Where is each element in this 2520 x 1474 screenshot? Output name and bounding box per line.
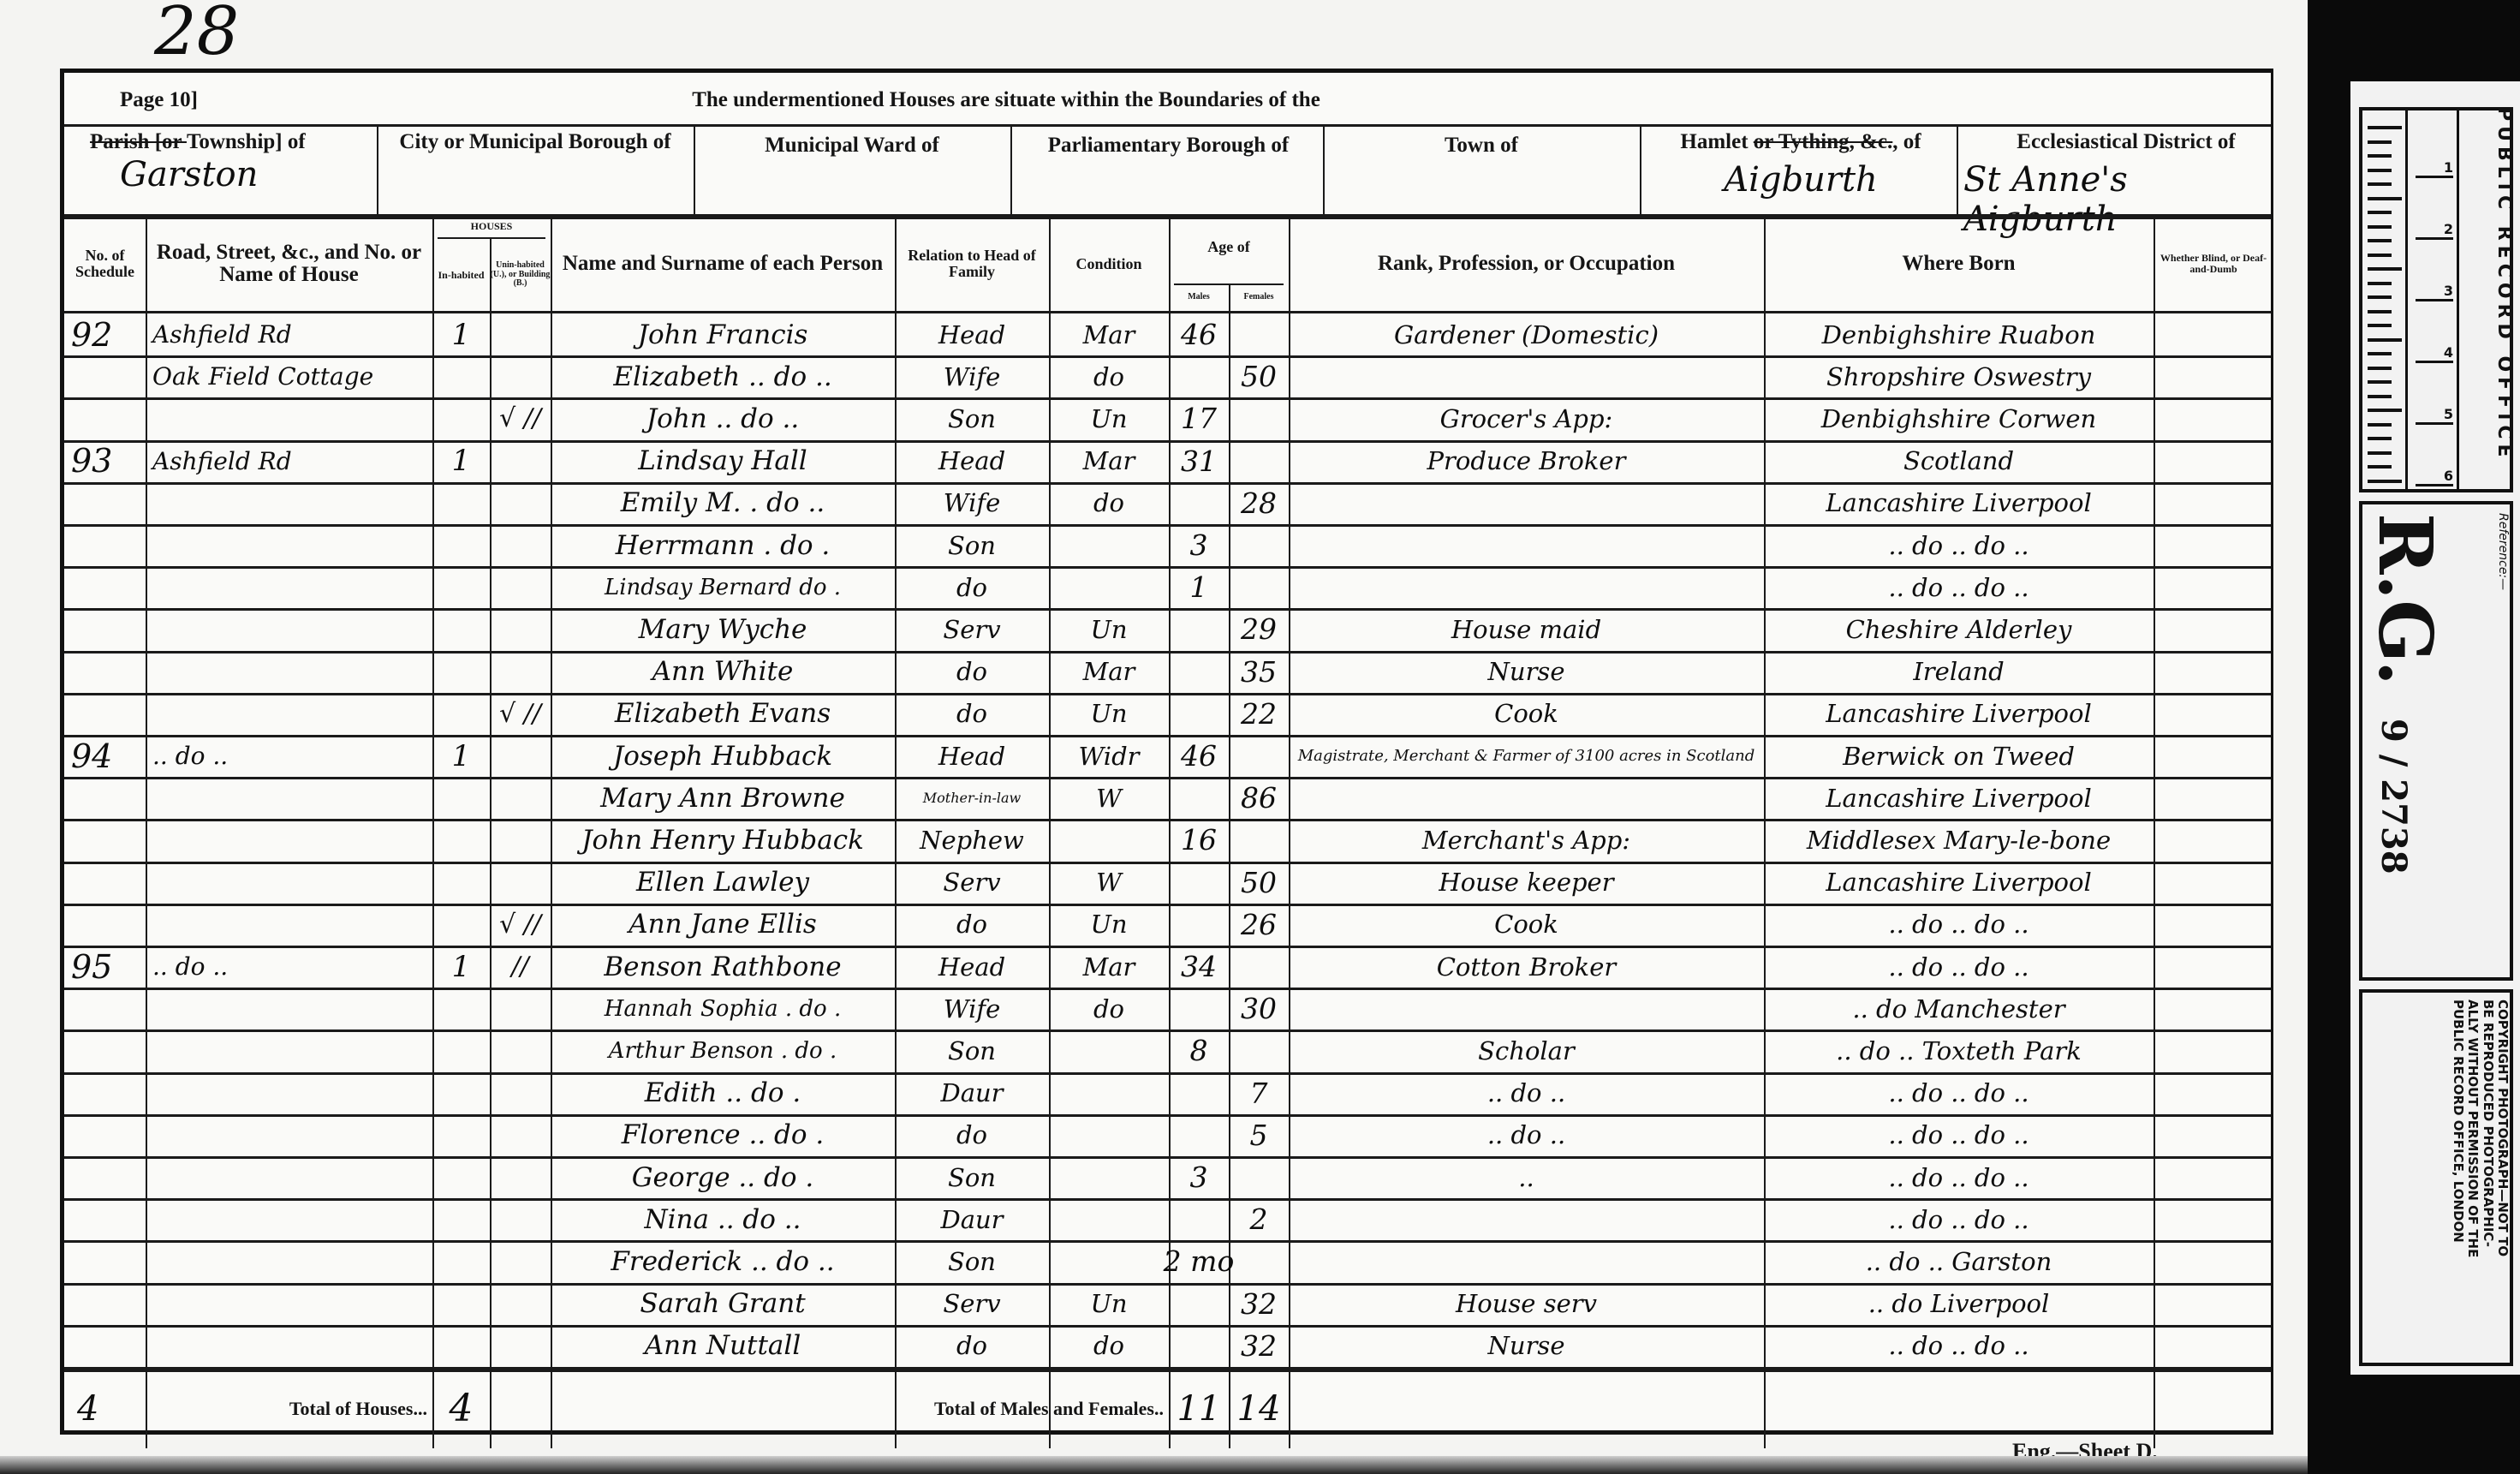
- male-age: [1176, 608, 1222, 650]
- relation: do: [902, 693, 1042, 735]
- person-name: Benson Rathbone: [557, 946, 888, 988]
- header-females: Females: [1229, 287, 1289, 307]
- road-name: [152, 988, 426, 1029]
- relation: Son: [902, 1029, 1042, 1071]
- blind-deaf: [2160, 904, 2267, 946]
- divider: [1640, 126, 1641, 216]
- header-relation: Relation to Head of Family: [898, 217, 1046, 311]
- female-age: [1236, 524, 1282, 566]
- copyright-box: COPYRIGHT PHOTOGRAPH—NOT TO BE REPRODUCE…: [2359, 989, 2513, 1366]
- schedule-number: 95: [71, 946, 139, 988]
- inhabited-count: [439, 1029, 483, 1071]
- relation: Son: [902, 524, 1042, 566]
- person-name: Ellen Lawley: [557, 862, 888, 904]
- blind-deaf: [2160, 693, 2267, 735]
- schedule-number: [71, 1029, 139, 1071]
- occupation: Nurse: [1296, 1325, 1757, 1367]
- road-name: [152, 1114, 426, 1156]
- female-age: [1236, 566, 1282, 608]
- road-name: [152, 819, 426, 861]
- male-age: 34: [1176, 946, 1222, 988]
- schedule-number: 94: [71, 735, 139, 777]
- schedule-number: [71, 524, 139, 566]
- relation: do: [902, 566, 1042, 608]
- birthplace: Denbighshire Ruabon: [1771, 313, 2147, 355]
- inhabited-count: [439, 566, 483, 608]
- blind-deaf: [2160, 1114, 2267, 1156]
- census-form: Page 10] The undermentioned Houses are s…: [60, 69, 2273, 1435]
- enumerator-mark: [497, 1325, 544, 1367]
- divider: [438, 237, 545, 239]
- divider: [377, 126, 378, 216]
- header-occupation: Rank, Profession, or Occupation: [1292, 217, 1760, 311]
- male-age: 3: [1176, 1156, 1222, 1198]
- male-age: 46: [1176, 313, 1222, 355]
- ruler-tick: [2368, 310, 2392, 313]
- person-name: Mary Wyche: [557, 608, 888, 650]
- enumerator-mark: [497, 566, 544, 608]
- ruler-tick: [2368, 211, 2392, 214]
- boundary-city: City or Municipal Borough of: [385, 131, 685, 153]
- blind-deaf: [2160, 524, 2267, 566]
- road-name: [152, 482, 426, 524]
- male-age: [1176, 862, 1222, 904]
- birthplace: Middlesex Mary-le-bone: [1771, 819, 2147, 861]
- inhabited-count: [439, 904, 483, 946]
- boundary-hamlet: Hamlet or Tything, &c., of Aigburth: [1647, 131, 1955, 217]
- enumerator-mark: [497, 1283, 544, 1325]
- relation: Son: [902, 397, 1042, 439]
- ruler-tick: [2368, 423, 2392, 427]
- total-houses-label: Total of Houses...: [146, 1372, 427, 1445]
- person-name: George .. do .: [557, 1156, 888, 1198]
- male-age: [1176, 988, 1222, 1029]
- relation: Serv: [902, 608, 1042, 650]
- birthplace: Berwick on Tweed: [1771, 735, 2147, 777]
- female-age: [1236, 819, 1282, 861]
- inhabited-count: [439, 397, 483, 439]
- copyright-notice: COPYRIGHT PHOTOGRAPH—NOT TO BE REPRODUCE…: [2451, 1000, 2510, 1257]
- condition: Mar: [1056, 946, 1162, 988]
- person-name: Herrmann . do .: [557, 524, 888, 566]
- male-age: [1176, 482, 1222, 524]
- birthplace: Lancashire Liverpool: [1771, 482, 2147, 524]
- blind-deaf: [2160, 1198, 2267, 1240]
- ruler-tick: [2368, 239, 2392, 242]
- schedule-number: [71, 355, 139, 397]
- total-males: 11: [1169, 1372, 1229, 1445]
- scale-ruler: 123456: [2359, 107, 2513, 492]
- schedule-number: [71, 566, 139, 608]
- birthplace: Lancashire Liverpool: [1771, 862, 2147, 904]
- boundary-ecclesiastical: Ecclesiastical District of St Anne's Aig…: [1963, 131, 2289, 217]
- occupation: [1296, 482, 1757, 524]
- schedule-number: [71, 1072, 139, 1114]
- header-road: Road, Street, &c., and No. or Name of Ho…: [149, 217, 429, 311]
- boundary-ward: Municipal Ward of: [702, 134, 1002, 157]
- table-row: Ann Nuttalldodo32Nurse.. do .. do ..: [64, 1325, 2271, 1367]
- blind-deaf: [2160, 735, 2267, 777]
- ruler-tick: [2368, 267, 2402, 271]
- table-row: Edith .. do .Daur7.. do .... do .. do ..: [64, 1072, 2271, 1114]
- blind-deaf: [2160, 313, 2267, 355]
- table-row: George .. do .Son3.... do .. do ..: [64, 1156, 2271, 1198]
- birthplace: Scotland: [1771, 440, 2147, 482]
- occupation: Cotton Broker: [1296, 946, 1757, 988]
- road-name: [152, 397, 426, 439]
- relation: Daur: [902, 1072, 1042, 1114]
- condition: [1056, 1114, 1162, 1156]
- archive-title: PUBLIC RECORD OFFICE: [2493, 107, 2515, 462]
- schedule-number: [71, 693, 139, 735]
- enumerator-mark: [497, 735, 544, 777]
- schedule-number: [71, 651, 139, 693]
- relation: Mother-in-law: [902, 777, 1042, 819]
- enumerator-mark: [497, 355, 544, 397]
- birthplace: .. do .. do ..: [1771, 1198, 2147, 1240]
- enumerator-mark: √ //: [497, 397, 544, 439]
- ruler-tick: [2368, 254, 2392, 257]
- birthplace: .. do .. do ..: [1771, 1156, 2147, 1198]
- table-row: Frederick .. do ..Son2 mo.. do .. Garsto…: [64, 1240, 2271, 1282]
- relation: Wife: [902, 355, 1042, 397]
- relation: Nephew: [902, 819, 1042, 861]
- inhabited-count: [439, 1325, 483, 1367]
- occupation: Magistrate, Merchant & Farmer of 3100 ac…: [1296, 735, 1757, 777]
- ruler-tick: [2368, 409, 2402, 412]
- ruler-scale-number: 6: [2416, 427, 2453, 486]
- person-name: Ann Nuttall: [557, 1325, 888, 1367]
- road-name: Ashfield Rd: [152, 440, 426, 482]
- occupation: Scholar: [1296, 1029, 1757, 1071]
- road-name: [152, 693, 426, 735]
- female-age: 30: [1236, 988, 1282, 1029]
- birthplace: .. do .. Toxteth Park: [1771, 1029, 2147, 1071]
- female-age: [1236, 313, 1282, 355]
- occupation: [1296, 777, 1757, 819]
- divider: [694, 126, 695, 216]
- condition: do: [1056, 988, 1162, 1029]
- inhabited-count: [439, 1156, 483, 1198]
- table-row: Ellen LawleyServW50House keeperLancashir…: [64, 862, 2271, 904]
- enumerator-mark: [497, 988, 544, 1029]
- table-row: √ //Elizabeth EvansdoUn22CookLancashire …: [64, 693, 2271, 735]
- ruler-tick: [2368, 451, 2392, 455]
- total-houses-value: 4: [432, 1372, 490, 1445]
- condition: Un: [1056, 693, 1162, 735]
- road-name: [152, 608, 426, 650]
- condition: [1056, 1072, 1162, 1114]
- occupation: Cook: [1296, 693, 1757, 735]
- ruler-tick: [2368, 140, 2392, 144]
- ruler-tick: [2368, 380, 2392, 384]
- female-age: 35: [1236, 651, 1282, 693]
- schedule-number: [71, 988, 139, 1029]
- female-age: 28: [1236, 482, 1282, 524]
- person-name: Lindsay Hall: [557, 440, 888, 482]
- ruler-tick: [2368, 465, 2392, 468]
- table-row: Nina .. do ..Daur2.. do .. do ..: [64, 1198, 2271, 1240]
- enumerator-mark: [497, 313, 544, 355]
- blind-deaf: [2160, 1240, 2267, 1282]
- female-age: 32: [1236, 1325, 1282, 1367]
- township-value: Garston: [73, 155, 372, 194]
- male-age: [1176, 1283, 1222, 1325]
- ruler-tick: [2368, 126, 2402, 129]
- inhabited-count: [439, 693, 483, 735]
- table-row: Emily M. . do ..Wifedo28Lancashire Liver…: [64, 482, 2271, 524]
- table-row: Mary Ann BrowneMother-in-lawW86Lancashir…: [64, 777, 2271, 819]
- blind-deaf: [2160, 946, 2267, 988]
- birthplace: .. do .. do ..: [1771, 524, 2147, 566]
- female-age: [1236, 440, 1282, 482]
- male-age: [1176, 904, 1222, 946]
- inhabited-count: [439, 862, 483, 904]
- female-age: [1236, 946, 1282, 988]
- birthplace: Lancashire Liverpool: [1771, 693, 2147, 735]
- ruler-tick: [2368, 395, 2392, 398]
- female-age: [1236, 397, 1282, 439]
- blind-deaf: [2160, 862, 2267, 904]
- divider: [1323, 126, 1325, 216]
- schedule-number: [71, 862, 139, 904]
- table-row: John Henry HubbackNephew16Merchant's App…: [64, 819, 2271, 861]
- enumerator-mark: [497, 1156, 544, 1198]
- person-name: Ann White: [557, 651, 888, 693]
- relation: do: [902, 904, 1042, 946]
- male-age: [1176, 693, 1222, 735]
- inhabited-count: [439, 1114, 483, 1156]
- occupation: .. do ..: [1296, 1072, 1757, 1114]
- male-age: [1176, 355, 1222, 397]
- enumerator-mark: [497, 524, 544, 566]
- divider: [1010, 126, 1012, 216]
- occupation: Nurse: [1296, 651, 1757, 693]
- road-name: [152, 1072, 426, 1114]
- header-inhabited: In-habited: [432, 241, 490, 309]
- ruler-tick: [2368, 324, 2392, 327]
- male-age: 1: [1176, 566, 1222, 608]
- inhabited-count: 1: [439, 735, 483, 777]
- road-name: [152, 566, 426, 608]
- road-name: [152, 1240, 426, 1282]
- inhabited-count: [439, 1283, 483, 1325]
- road-name: .. do ..: [152, 735, 426, 777]
- birthplace: .. do Manchester: [1771, 988, 2147, 1029]
- divider: [1957, 126, 1958, 216]
- occupation: .. do ..: [1296, 1114, 1757, 1156]
- header-houses: HOUSES: [432, 217, 551, 236]
- female-age: 50: [1236, 862, 1282, 904]
- male-age: 8: [1176, 1029, 1222, 1071]
- road-name: Ashfield Rd: [152, 313, 426, 355]
- relation: Head: [902, 946, 1042, 988]
- enumerator-mark: [497, 819, 544, 861]
- road-name: [152, 777, 426, 819]
- birthplace: .. do .. do ..: [1771, 1114, 2147, 1156]
- enumerator-mark: [497, 1114, 544, 1156]
- relation: Serv: [902, 862, 1042, 904]
- boundary-township: Parish [or Township] of Garston: [73, 131, 372, 217]
- birthplace: Ireland: [1771, 651, 2147, 693]
- occupation: [1296, 1240, 1757, 1282]
- condition: [1056, 1156, 1162, 1198]
- condition: Mar: [1056, 440, 1162, 482]
- page-number: 10: [170, 89, 191, 111]
- enumerator-mark: [497, 482, 544, 524]
- person-name: Ann Jane Ellis: [557, 904, 888, 946]
- inhabited-count: 1: [439, 440, 483, 482]
- blind-deaf: [2160, 1325, 2267, 1367]
- person-name: Emily M. . do ..: [557, 482, 888, 524]
- ruler-tick: [2368, 367, 2392, 370]
- inhabited-count: [439, 608, 483, 650]
- archive-card: 123456 PUBLIC RECORD OFFICE Reference:— …: [2350, 81, 2520, 1375]
- boundary-parliamentary: Parliamentary Borough of: [1016, 134, 1320, 157]
- male-age: [1176, 777, 1222, 819]
- blind-deaf: [2160, 1029, 2267, 1071]
- ruler-scale-number: 1: [2416, 119, 2453, 178]
- blind-deaf: [2160, 819, 2267, 861]
- total-schedules: 4: [77, 1372, 137, 1445]
- condition: [1056, 1198, 1162, 1240]
- road-name: [152, 862, 426, 904]
- birthplace: Cheshire Alderley: [1771, 608, 2147, 650]
- schedule-number: [71, 777, 139, 819]
- blind-deaf: [2160, 988, 2267, 1029]
- birthplace: Lancashire Liverpool: [1771, 777, 2147, 819]
- enumerator-mark: √ //: [497, 904, 544, 946]
- blind-deaf: [2160, 1156, 2267, 1198]
- hamlet-value: Aigburth: [1647, 160, 1955, 200]
- table-row: 94.. do ..1Joseph HubbackHeadWidr46Magis…: [64, 735, 2271, 777]
- boundaries-banner: The undermentioned Houses are situate wi…: [321, 81, 1691, 120]
- ruler-tick: [2368, 197, 2402, 200]
- schedule-number: [71, 1240, 139, 1282]
- enumerator-mark: [497, 1029, 544, 1071]
- person-name: Florence .. do .: [557, 1114, 888, 1156]
- condition: [1056, 819, 1162, 861]
- occupation: [1296, 988, 1757, 1029]
- table-row: Arthur Benson . do .Son8Scholar.. do .. …: [64, 1029, 2271, 1071]
- person-name: Hannah Sophia . do .: [557, 988, 888, 1029]
- relation: do: [902, 651, 1042, 693]
- person-name: John Francis: [557, 313, 888, 355]
- piece-number: 9 / 2738: [2374, 719, 2414, 874]
- condition: Mar: [1056, 313, 1162, 355]
- person-name: John .. do ..: [557, 397, 888, 439]
- female-age: 26: [1236, 904, 1282, 946]
- relation: Serv: [902, 1283, 1042, 1325]
- male-age: 16: [1176, 819, 1222, 861]
- schedule-number: 93: [71, 440, 139, 482]
- schedule-number: [71, 1283, 139, 1325]
- inhabited-count: [439, 1072, 483, 1114]
- occupation: House keeper: [1296, 862, 1757, 904]
- occupation: House serv: [1296, 1283, 1757, 1325]
- relation: do: [902, 1114, 1042, 1156]
- male-age: [1176, 1072, 1222, 1114]
- female-age: [1236, 1029, 1282, 1071]
- occupation: Merchant's App:: [1296, 819, 1757, 861]
- header-uninhabited: Unin-habited (U.), or Building (B.): [490, 241, 551, 309]
- total-females: 14: [1229, 1372, 1289, 1445]
- ruler-tick: [2368, 182, 2392, 186]
- header-where-born: Where Born: [1767, 217, 2150, 311]
- table-row: Oak Field CottageElizabeth .. do ..Wifed…: [64, 355, 2271, 397]
- condition: Un: [1056, 397, 1162, 439]
- table-row: √ //John .. do ..SonUn17Grocer's App:Den…: [64, 397, 2271, 439]
- condition: do: [1056, 1325, 1162, 1367]
- occupation: [1296, 355, 1757, 397]
- enumerator-mark: [497, 608, 544, 650]
- table-row: √ //Ann Jane EllisdoUn26Cook.. do .. do …: [64, 904, 2271, 946]
- enumerator-mark: [497, 651, 544, 693]
- table-row: Herrmann . do .Son3.. do .. do ..: [64, 524, 2271, 566]
- header-blind: Whether Blind, or Deaf-and-Dumb: [2157, 217, 2270, 311]
- female-age: 5: [1236, 1114, 1282, 1156]
- ruler-tick: [2368, 437, 2392, 440]
- relation: Head: [902, 313, 1042, 355]
- blind-deaf: [2160, 397, 2267, 439]
- relation: Wife: [902, 482, 1042, 524]
- relation: Daur: [902, 1198, 1042, 1240]
- condition: Mar: [1056, 651, 1162, 693]
- female-age: 50: [1236, 355, 1282, 397]
- birthplace: Shropshire Oswestry: [1771, 355, 2147, 397]
- ruler-scale-number: 5: [2416, 366, 2453, 425]
- ruler-tick: [2368, 338, 2402, 342]
- condition: Un: [1056, 1283, 1162, 1325]
- ruler-tick: [2368, 352, 2392, 355]
- table-row: Ann WhitedoMar35NurseIreland: [64, 651, 2271, 693]
- road-name: Oak Field Cottage: [152, 355, 426, 397]
- table-row: Lindsay Bernard do .do1.. do .. do ..: [64, 566, 2271, 608]
- blind-deaf: [2160, 1072, 2267, 1114]
- table-row: Hannah Sophia . do .Wifedo30.. do Manche…: [64, 988, 2271, 1029]
- ruler-scale-number: 3: [2416, 242, 2453, 301]
- page-label: Page 10]: [120, 81, 198, 120]
- relation: Son: [902, 1156, 1042, 1198]
- birthplace: .. do Liverpool: [1771, 1283, 2147, 1325]
- occupation: Cook: [1296, 904, 1757, 946]
- ruler-tick: [2368, 282, 2392, 285]
- header-schedule: No. of Schedule: [68, 217, 142, 311]
- enumerator-mark: [497, 777, 544, 819]
- person-name: John Henry Hubback: [557, 819, 888, 861]
- female-age: 29: [1236, 608, 1282, 650]
- inhabited-count: [439, 819, 483, 861]
- condition: Un: [1056, 608, 1162, 650]
- male-age: 3: [1176, 524, 1222, 566]
- birthplace: .. do .. do ..: [1771, 566, 2147, 608]
- table-row: Mary WycheServUn29House maidCheshire Ald…: [64, 608, 2271, 650]
- birthplace: .. do .. do ..: [1771, 1325, 2147, 1367]
- enumerator-mark: √ //: [497, 693, 544, 735]
- inhabited-count: 1: [439, 946, 483, 988]
- reference-label: Reference:—: [2496, 513, 2510, 590]
- ruler-scale-number: 2: [2416, 181, 2453, 240]
- person-name: Arthur Benson . do .: [557, 1029, 888, 1071]
- male-age: [1176, 651, 1222, 693]
- person-name: Nina .. do ..: [557, 1198, 888, 1240]
- occupation: [1296, 1198, 1757, 1240]
- occupation: Gardener (Domestic): [1296, 313, 1757, 355]
- ruler-tick: [2368, 225, 2392, 229]
- inhabited-count: [439, 355, 483, 397]
- schedule-number: [71, 1114, 139, 1156]
- inhabited-count: [439, 1240, 483, 1282]
